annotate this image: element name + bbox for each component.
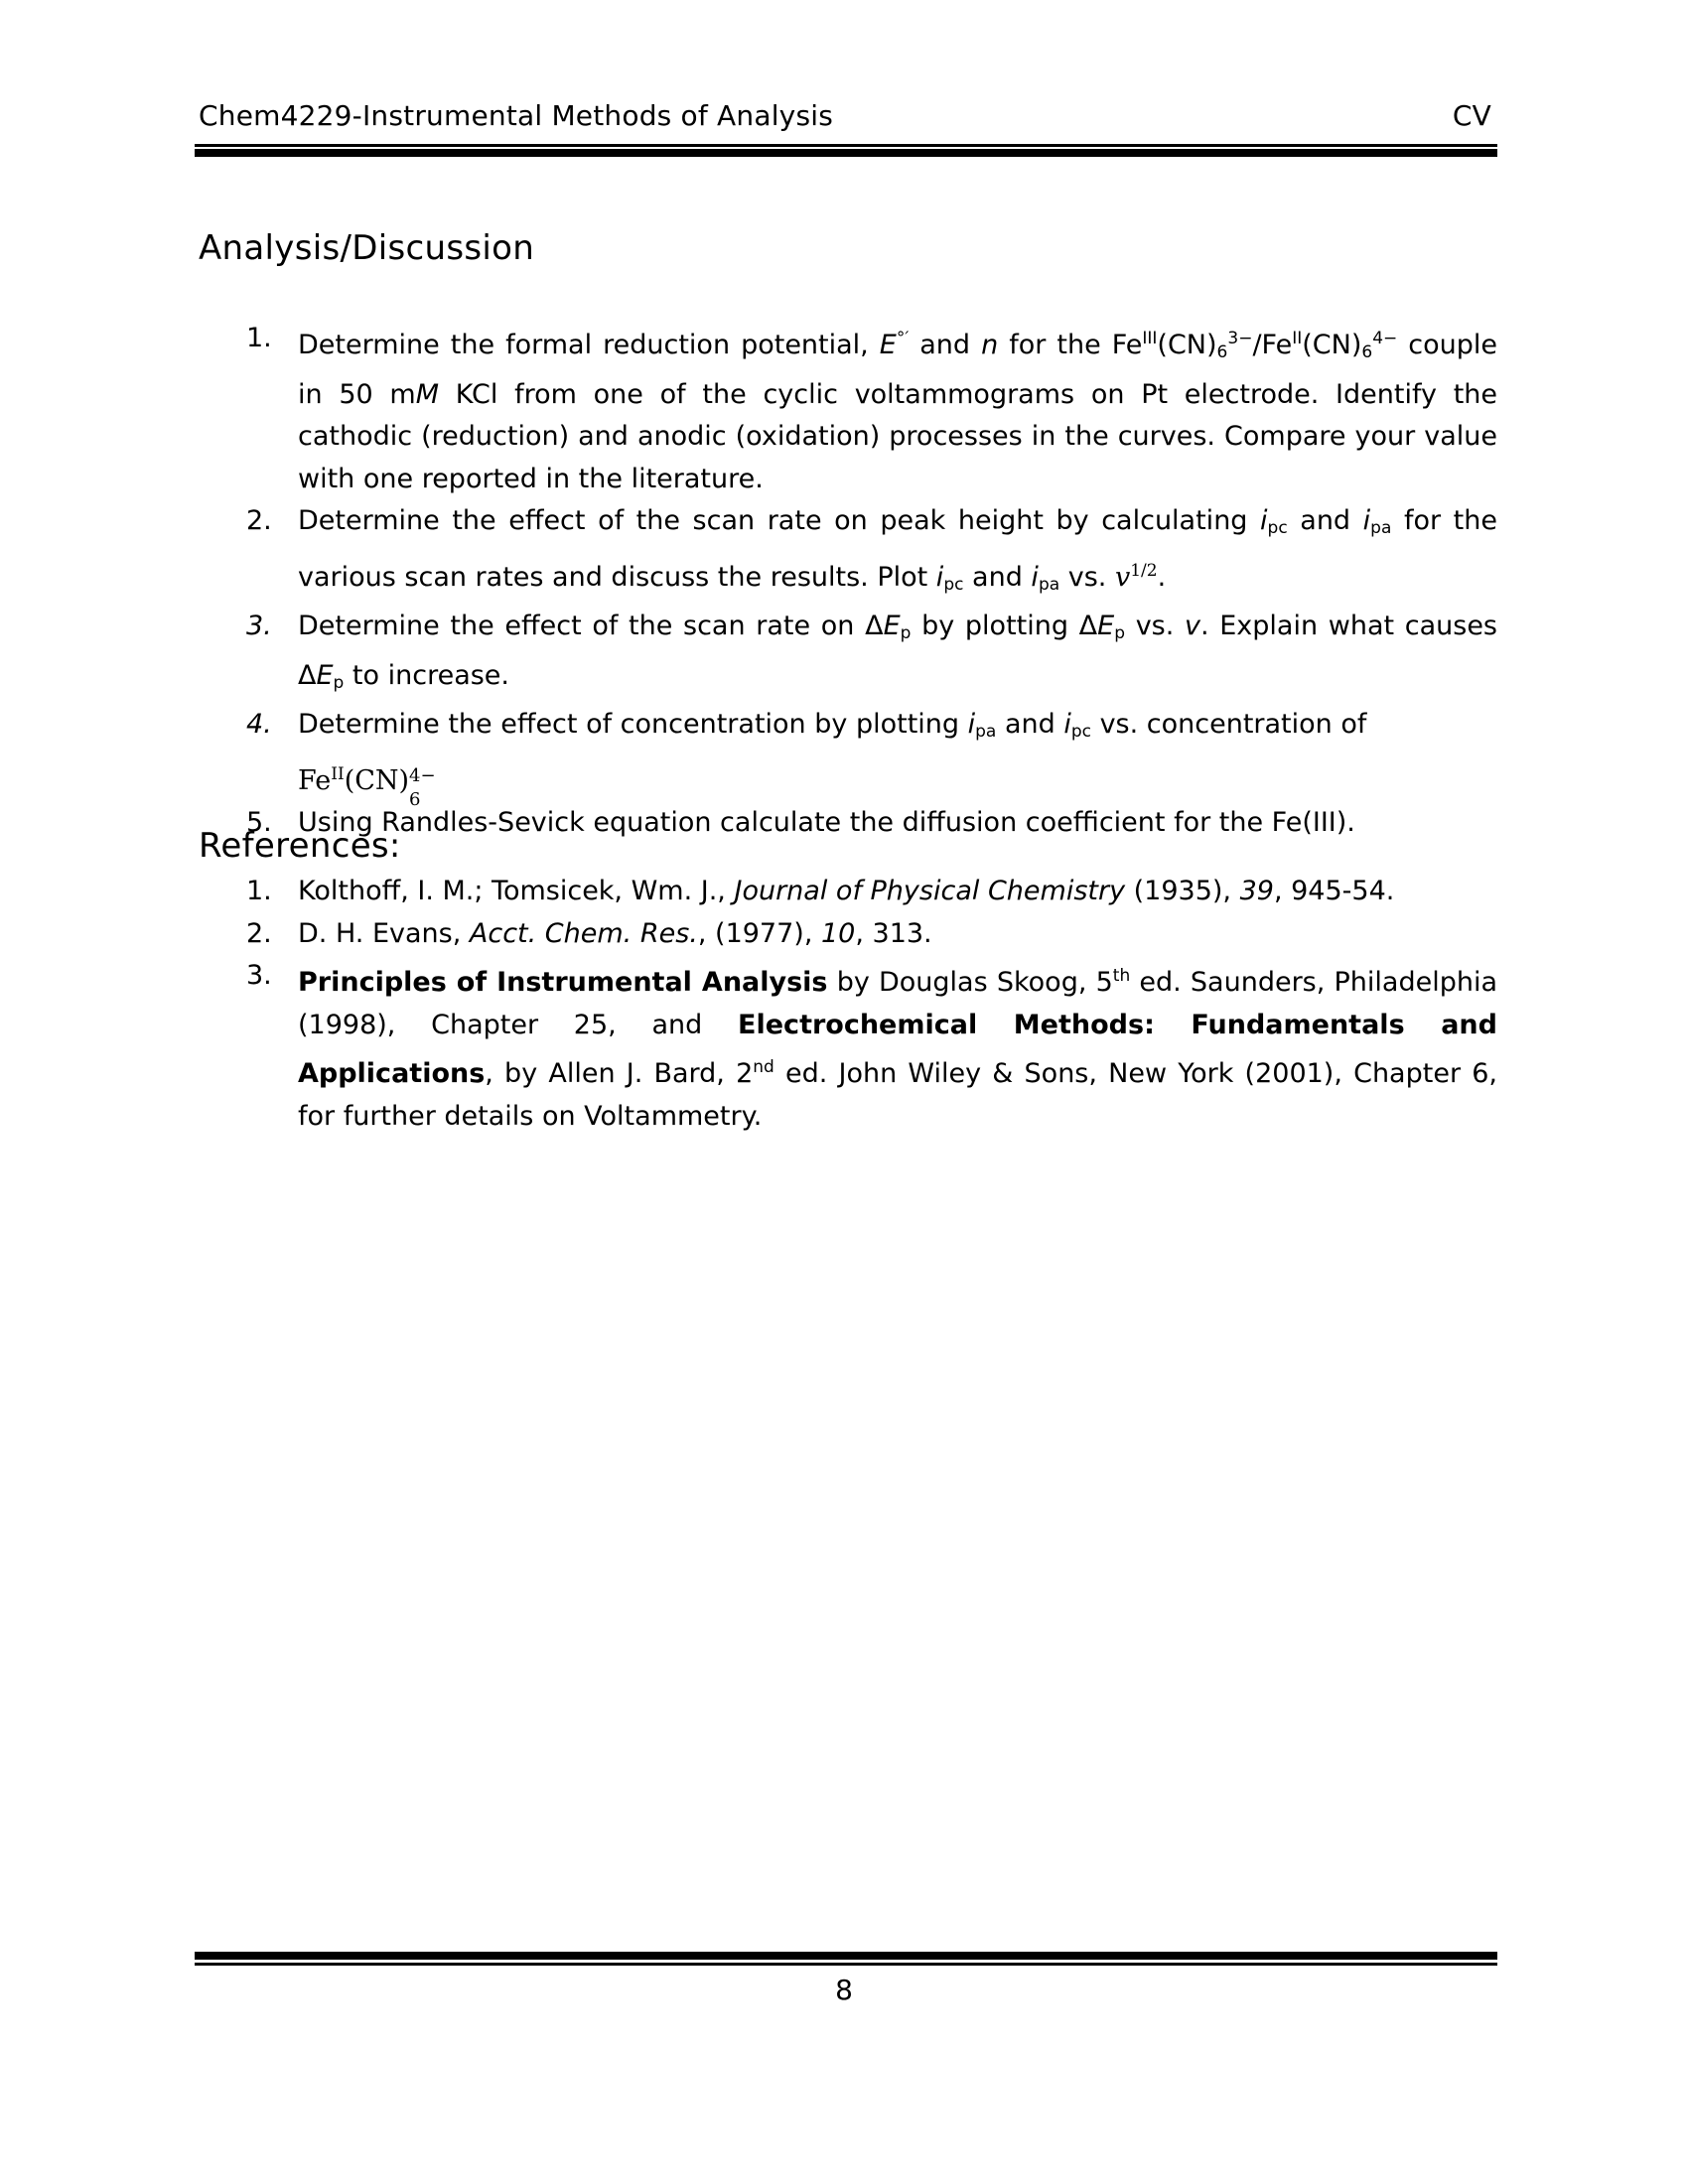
section-label: CV bbox=[1453, 99, 1491, 132]
chemical-formula: FeII(CN)4−6 bbox=[298, 765, 435, 796]
item-number: 1. bbox=[246, 318, 272, 360]
analysis-item-2: 2.Determine the effect of the scan rate … bbox=[199, 500, 1497, 606]
page-header: Chem4229-Instrumental Methods of Analysi… bbox=[199, 99, 1497, 129]
header-rule-thick bbox=[195, 149, 1497, 157]
header-rule-thin bbox=[195, 144, 1497, 147]
analysis-heading: Analysis/Discussion bbox=[199, 228, 534, 268]
course-title: Chem4229-Instrumental Methods of Analysi… bbox=[199, 99, 833, 132]
item-number: 1. bbox=[246, 871, 272, 913]
footer-rule-thin bbox=[195, 1963, 1497, 1966]
references-heading: References: bbox=[199, 826, 401, 866]
item-number: 2. bbox=[246, 500, 272, 543]
analysis-item-1: 1.Determine the formal reduction potenti… bbox=[199, 318, 1497, 500]
analysis-item-4: 4.Determine the effect of concentration … bbox=[199, 704, 1497, 802]
item-number: 4. bbox=[246, 704, 272, 747]
reference-item-1: 1.Kolthoff, I. M.; Tomsicek, Wm. J., Jou… bbox=[199, 871, 1497, 913]
page-number: 8 bbox=[0, 1974, 1688, 2006]
item-number: 3. bbox=[246, 606, 272, 648]
item-number: 2. bbox=[246, 913, 272, 956]
footer-rule-thick bbox=[195, 1952, 1497, 1960]
reference-item-2: 2.D. H. Evans, Acct. Chem. Res., (1977),… bbox=[199, 913, 1497, 956]
reference-item-3: 3.Principles of Instrumental Analysis by… bbox=[199, 955, 1497, 1138]
analysis-list: 1.Determine the formal reduction potenti… bbox=[199, 318, 1497, 845]
references-list: 1.Kolthoff, I. M.; Tomsicek, Wm. J., Jou… bbox=[199, 871, 1497, 1138]
analysis-item-3: 3.Determine the effect of the scan rate … bbox=[199, 606, 1497, 704]
item-number: 3. bbox=[246, 955, 272, 998]
